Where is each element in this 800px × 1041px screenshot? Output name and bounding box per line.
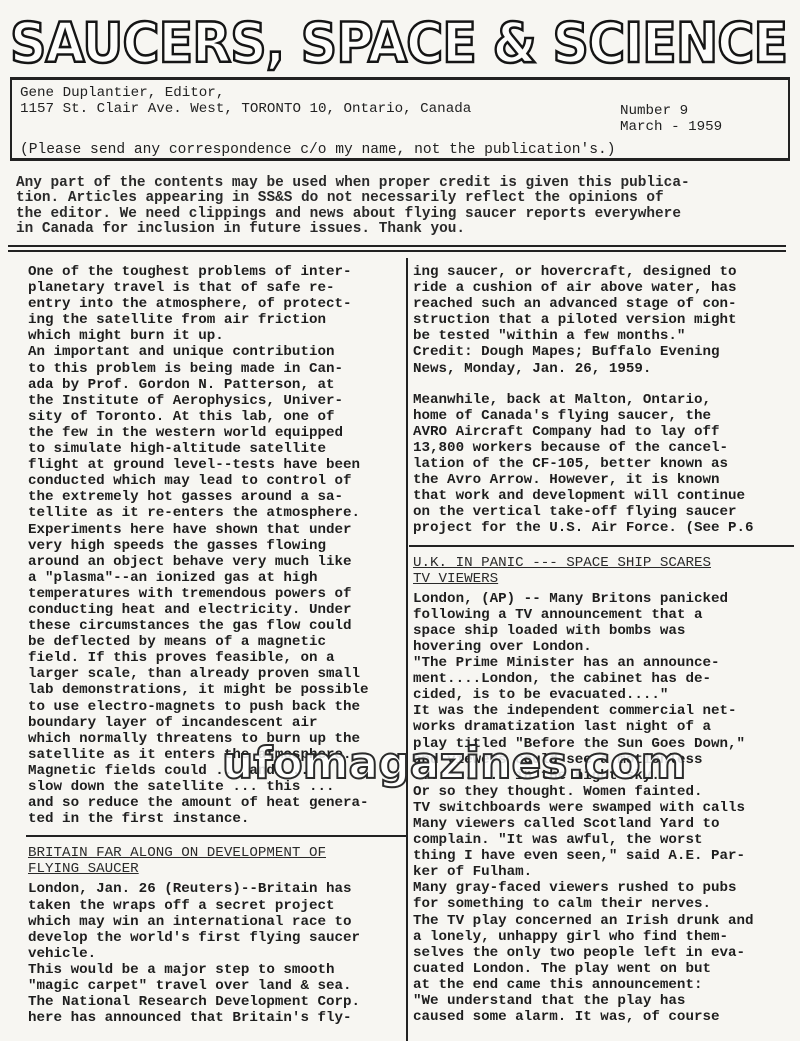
text-line: thing I have even seen," said A.E. Par- — [413, 848, 800, 864]
text-line: Experiments here have shown that under — [28, 522, 408, 538]
text-line: space ship loaded with bombs was — [413, 623, 800, 639]
issue-number: Number 9 — [620, 103, 688, 119]
text-line: "magic carpet" travel over land & sea. — [28, 978, 408, 994]
address-line: 1157 St. Clair Ave. West, TORONTO 10, On… — [20, 101, 471, 117]
text-line: the Institute of Aerophysics, Univer- — [28, 393, 408, 409]
text-line: TV switchboards were swamped with calls — [413, 800, 800, 816]
text-line: lab demonstrations, it might be possible — [28, 682, 408, 698]
text-line: conducting heat and electricity. Under — [28, 602, 408, 618]
headline-uk-panic: U.K. IN PANIC --- SPACE SHIP SCARESTV VI… — [413, 555, 800, 587]
text-line: U.K. IN PANIC --- SPACE SHIP SCARES — [413, 555, 800, 571]
header-box: Gene Duplantier, Editor, 1157 St. Clair … — [10, 77, 790, 161]
text-line: around an object behave very much like — [28, 554, 408, 570]
text-line: London, (AP) -- Many Britons panicked — [413, 591, 800, 607]
text-line: Meanwhile, back at Malton, Ontario, — [413, 392, 800, 408]
text-line: the extremely hot gasses around a sa- — [28, 489, 408, 505]
text-line: ride a cushion of air above water, has — [413, 280, 800, 296]
notice-line: Any part of the contents may be used whe… — [16, 176, 786, 191]
text-line: a "plasma"--an ionized gas at high — [28, 570, 408, 586]
text-line: field. If this proves feasible, on a — [28, 650, 408, 666]
text-line: Many gray-faced viewers rushed to pubs — [413, 880, 800, 896]
text-line: to simulate high-altitude satellite — [28, 441, 408, 457]
text-line: the Avro Arrow. However, it is known — [413, 472, 800, 488]
text-line: News, Monday, Jan. 26, 1959. — [413, 361, 800, 377]
text-line: here has announced that Britain's fly- — [28, 1010, 408, 1026]
text-line: cided, is to be evacuated...." — [413, 687, 800, 703]
text-line: 13,800 workers because of the cancel- — [413, 440, 800, 456]
text-line: on the vertical take-off flying saucer — [413, 504, 800, 520]
article-britain-continued: ing saucer, or hovercraft, designed tori… — [413, 264, 800, 377]
text-line: hovering over London. — [413, 639, 800, 655]
text-line: planetary travel is that of safe re- — [28, 280, 408, 296]
text-line: boundary layer of incandescent air — [28, 715, 408, 731]
left-column: One of the toughest problems of inter-pl… — [28, 264, 408, 1026]
text-line: for something to calm their nerves. — [413, 896, 800, 912]
text-line: vehicle. — [28, 946, 408, 962]
text-line: sity of Toronto. At this lab, one of — [28, 409, 408, 425]
text-line: conducted which may lead to control of — [28, 473, 408, 489]
text-line: selves the only two people left in eva- — [413, 945, 800, 961]
text-line: to this problem is being made in Can- — [28, 361, 408, 377]
text-line: ted in the first instance. — [28, 811, 408, 827]
text-line: taken the wraps off a secret project — [28, 898, 408, 914]
text-line: ker of Fulham. — [413, 864, 800, 880]
text-line: caused some alarm. It was, of course — [413, 1009, 800, 1025]
text-line: AVRO Aircraft Company had to lay off — [413, 424, 800, 440]
notice-line: the editor. We need clippings and news a… — [16, 207, 786, 222]
masthead-title: SAUCERS, SPACE & SCIENCE — [10, 14, 737, 72]
correspondence-note: (Please send any correspondence c/o my n… — [20, 142, 616, 158]
text-line: be tested "within a few months." — [413, 328, 800, 344]
text-line: London, Jan. 26 (Reuters)--Britain has — [28, 881, 408, 897]
text-line: be deflected by means of a magnetic — [28, 634, 408, 650]
issue-date: March - 1959 — [620, 119, 722, 135]
text-line: works dramatization last night of a — [413, 719, 800, 735]
notice-line: tion. Articles appearing in SS&S do not … — [16, 191, 786, 206]
text-line: which may win an international race to — [28, 914, 408, 930]
text-line: ment....London, the cabinet has de- — [413, 671, 800, 687]
text-line: TV VIEWERS — [413, 571, 800, 587]
text-line: It was the independent commercial net- — [413, 703, 800, 719]
article-uk-panic: London, (AP) -- Many Britons panickedfol… — [413, 591, 800, 1026]
text-line: at the end came this announcement: — [413, 977, 800, 993]
text-line: The TV play concerned an Irish drunk and — [413, 913, 800, 929]
text-line: struction that a piloted version might — [413, 312, 800, 328]
editor-line: Gene Duplantier, Editor, — [20, 85, 224, 101]
text-line: "The Prime Minister has an announce- — [413, 655, 800, 671]
text-line: This would be a major step to smooth — [28, 962, 408, 978]
text-line: lation of the CF-105, better known as — [413, 456, 800, 472]
text-line: One of the toughest problems of inter- — [28, 264, 408, 280]
notice-paragraph: Any part of the contents may be used whe… — [16, 176, 786, 238]
text-line: larger scale, than already proven small — [28, 666, 408, 682]
text-line: BRITAIN FAR ALONG ON DEVELOPMENT OF — [28, 845, 408, 861]
article-britain: London, Jan. 26 (Reuters)--Britain hasta… — [28, 881, 408, 1026]
text-line: home of Canada's flying saucer, the — [413, 408, 800, 424]
text-line: The National Research Development Corp. — [28, 994, 408, 1010]
text-line: complain. "It was awful, the worst — [413, 832, 800, 848]
text-line: develop the world's first flying saucer — [28, 930, 408, 946]
text-line: which might burn it up. — [28, 328, 408, 344]
text-line: and so reduce the amount of heat genera- — [28, 795, 408, 811]
text-line: reached such an advanced stage of con- — [413, 296, 800, 312]
text-line: temperatures with tremendous powers of — [28, 586, 408, 602]
text-line: these circumstances the gas flow could — [28, 618, 408, 634]
text-line: FLYING SAUCER — [28, 861, 408, 877]
text-line: cuated London. The play went on but — [413, 961, 800, 977]
text-line: "We understand that the play has — [413, 993, 800, 1009]
text-line: that work and development will continue — [413, 488, 800, 504]
headline-britain: BRITAIN FAR ALONG ON DEVELOPMENT OFFLYIN… — [28, 845, 408, 877]
text-line: ing saucer, or hovercraft, designed to — [413, 264, 800, 280]
text-line: Many viewers called Scotland Yard to — [413, 816, 800, 832]
text-line: very high speeds the gasses flowing — [28, 538, 408, 554]
right-column: ing saucer, or hovercraft, designed tori… — [413, 264, 800, 1025]
text-line: An important and unique contribution — [28, 344, 408, 360]
text-line: the few in the western world equipped — [28, 425, 408, 441]
text-line: Credit: Dough Mapes; Buffalo Evening — [413, 344, 800, 360]
text-line: flight at ground level--tests have been — [28, 457, 408, 473]
text-line: to use electro-magnets to push back the — [28, 699, 408, 715]
article-divider — [26, 835, 406, 837]
text-line: following a TV announcement that a — [413, 607, 800, 623]
section-divider — [8, 245, 786, 252]
text-line: ada by Prof. Gordon N. Patterson, at — [28, 377, 408, 393]
article-malton: Meanwhile, back at Malton, Ontario,home … — [413, 392, 800, 537]
text-line: ing the satellite from air friction — [28, 312, 408, 328]
text-line: project for the U.S. Air Force. (See P.6 — [413, 520, 800, 536]
article-divider — [409, 545, 794, 547]
text-line: entry into the atmosphere, of protect- — [28, 296, 408, 312]
text-line: a lonely, unhappy girl who find them- — [413, 929, 800, 945]
watermark-text: ufomagazines.com — [222, 742, 686, 786]
text-line: tellite as it re-enters the atmosphere. — [28, 505, 408, 521]
notice-line: in Canada for inclusion in future issues… — [16, 222, 786, 237]
